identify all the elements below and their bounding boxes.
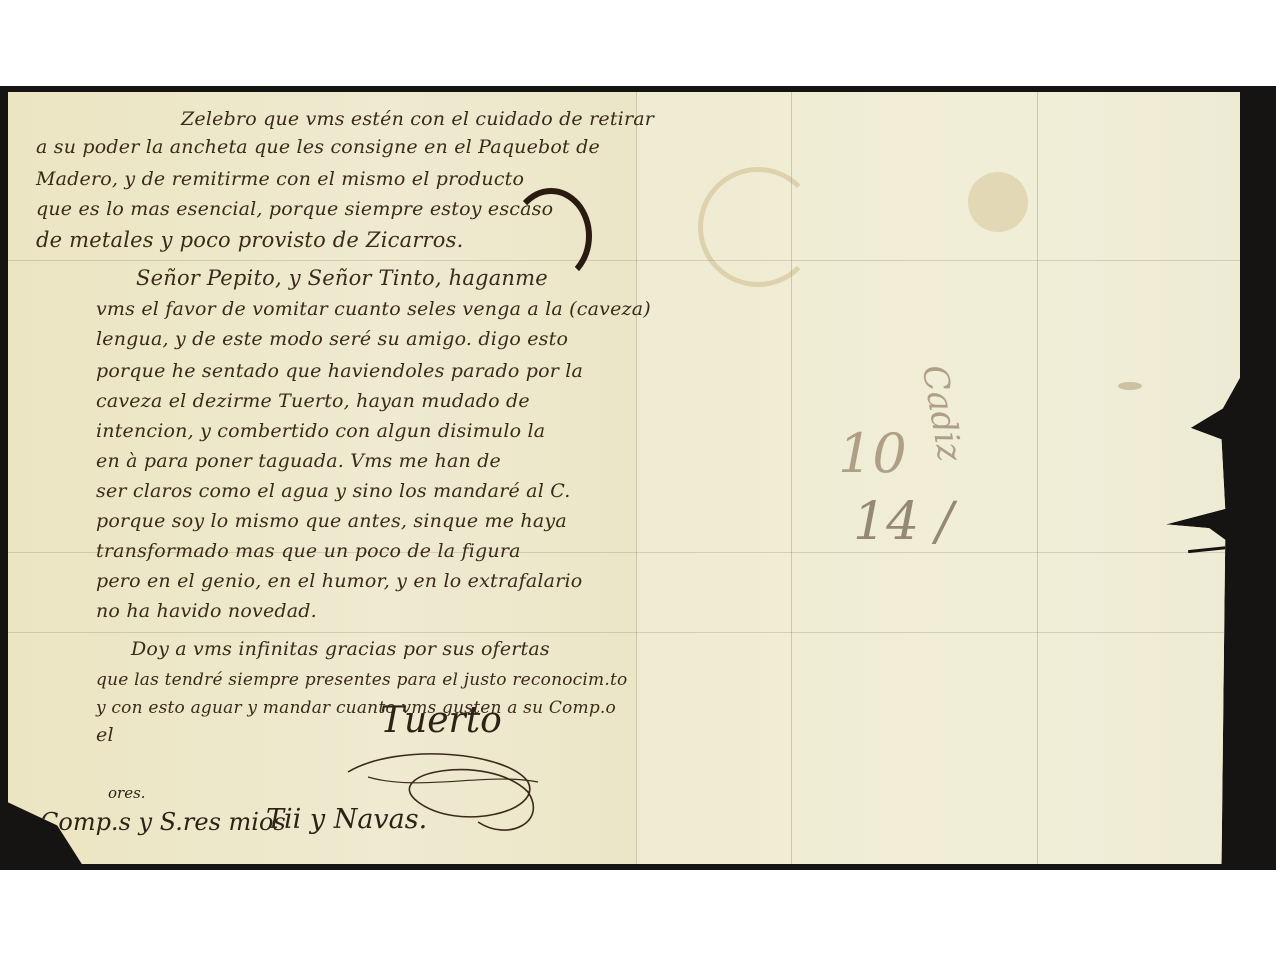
letter-line: intencion, y combertido con algun disimu… bbox=[96, 420, 545, 442]
letter-line: de metales y poco provisto de Zicarros. bbox=[36, 228, 464, 252]
ring-stain bbox=[698, 167, 818, 287]
stain-spot bbox=[968, 172, 1028, 232]
verso-faint-number: 10 bbox=[838, 422, 907, 485]
letter-line: el bbox=[96, 724, 114, 746]
letter-line: en à para poner taguada. Vms me han de bbox=[96, 450, 501, 472]
letter-line: Madero, y de remitirme con el mismo el p… bbox=[36, 168, 524, 190]
letter-line: que es lo mas esencial, porque siempre e… bbox=[36, 198, 553, 220]
closing-superscript: ores. bbox=[108, 784, 146, 802]
center-fold-crease bbox=[636, 92, 637, 864]
letter-line: a su poder la ancheta que les consigne e… bbox=[36, 136, 600, 158]
closing-salutation: Comp.s y S.res mios bbox=[40, 808, 286, 836]
letter-line: lengua, y de este modo seré su amigo. di… bbox=[96, 328, 568, 350]
letter-line: transformado mas que un poco de la figur… bbox=[96, 540, 521, 562]
fold-crease bbox=[8, 632, 1240, 633]
verso-faint-number-2: 14 / bbox=[853, 492, 953, 552]
stain-spot bbox=[1118, 382, 1142, 390]
letter-sheet: 10 14 / Cadiz Zelebro que vms estén con … bbox=[8, 92, 1240, 864]
fold-crease bbox=[8, 260, 1240, 261]
letter-line: porque soy lo mismo que antes, sinque me… bbox=[96, 510, 567, 532]
letter-line: Zelebro que vms estén con el cuidado de … bbox=[181, 108, 654, 130]
letter-line: vms el favor de vomitar cuanto seles ven… bbox=[96, 298, 651, 320]
letter-line: pero en el genio, en el humor, y en lo e… bbox=[96, 570, 582, 592]
letter-line: no ha havido novedad. bbox=[96, 600, 317, 622]
letter-line: y con esto aguar y mandar cuanto vms gus… bbox=[96, 698, 616, 718]
letter-line: caveza el dezirme Tuerto, hayan mudado d… bbox=[96, 390, 530, 412]
letter-line: Señor Pepito, y Señor Tinto, haganme bbox=[136, 266, 548, 290]
fold-crease bbox=[1037, 92, 1038, 864]
closing-addressee: Tii y Navas. bbox=[266, 804, 427, 835]
letter-line: que las tendré siempre presentes para el… bbox=[96, 670, 627, 690]
letter-line: Doy a vms infinitas gracias por sus ofer… bbox=[131, 638, 550, 660]
letter-line: ser claros como el agua y sino los manda… bbox=[96, 480, 571, 502]
letter-line: porque he sentado que haviendoles parado… bbox=[96, 360, 583, 382]
